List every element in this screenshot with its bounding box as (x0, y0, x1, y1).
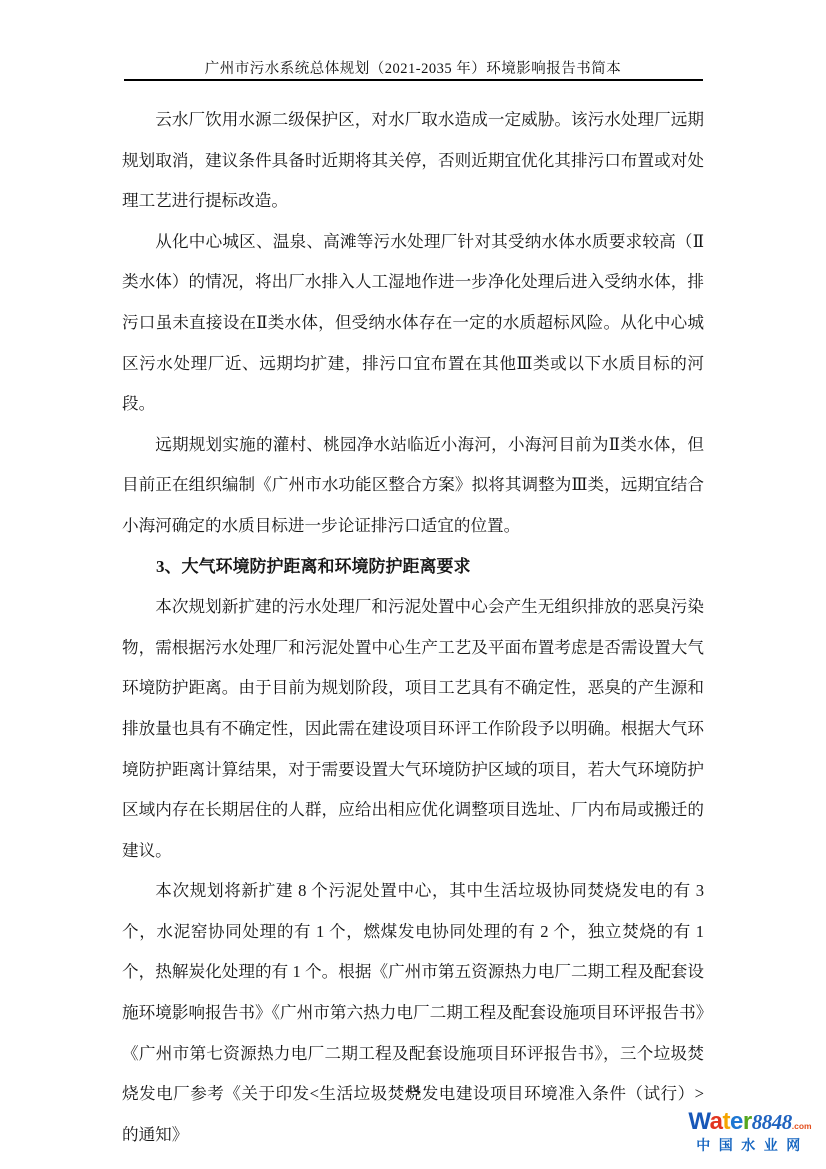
section-heading: 3、大气环境防护距离和环境防护距离要求 (122, 547, 704, 588)
document-body: 云水厂饮用水源二级保护区，对水厂取水造成一定威胁。该污水处理厂远期规划取消，建议… (122, 100, 704, 1155)
logo-number: 8848 (752, 1110, 792, 1134)
document-page: 广州市污水系统总体规划（2021-2035 年）环境影响报告书简本 云水厂饮用水… (0, 0, 826, 1169)
paragraph: 本次规划将新扩建 8 个污泥处置中心，其中生活垃圾协同焚烧发电的有 3 个，水泥… (122, 871, 704, 1155)
paragraph: 本次规划新扩建的污水处理厂和污泥处置中心会产生无组织排放的恶臭污染物，需根据污水… (122, 587, 704, 871)
logo-letter: t (723, 1108, 731, 1135)
logo-tld: .com (792, 1121, 812, 1131)
logo-letter: a (710, 1108, 723, 1135)
logo-letter: W (688, 1108, 709, 1135)
page-number: 44 (0, 1083, 826, 1099)
page-header-title: 广州市污水系统总体规划（2021-2035 年）环境影响报告书简本 (0, 57, 826, 78)
water8848-wordmark: Water8848.com (686, 1110, 814, 1134)
paragraph: 云水厂饮用水源二级保护区，对水厂取水造成一定威胁。该污水处理厂远期规划取消，建议… (122, 100, 704, 222)
logo-tagline: 中国水业网 (686, 1138, 814, 1152)
paragraph: 从化中心城区、温泉、高滩等污水处理厂针对其受纳水体水质要求较高（Ⅱ类水体）的情况… (122, 222, 704, 425)
header-rule (124, 79, 703, 81)
logo-letter: r (743, 1108, 752, 1135)
paragraph: 远期规划实施的灌村、桃园净水站临近小海河，小海河目前为Ⅱ类水体，但目前正在组织编… (122, 425, 704, 547)
water8848-logo: Water8848.com 中国水业网 (686, 1110, 814, 1152)
logo-letter: e (730, 1108, 743, 1135)
